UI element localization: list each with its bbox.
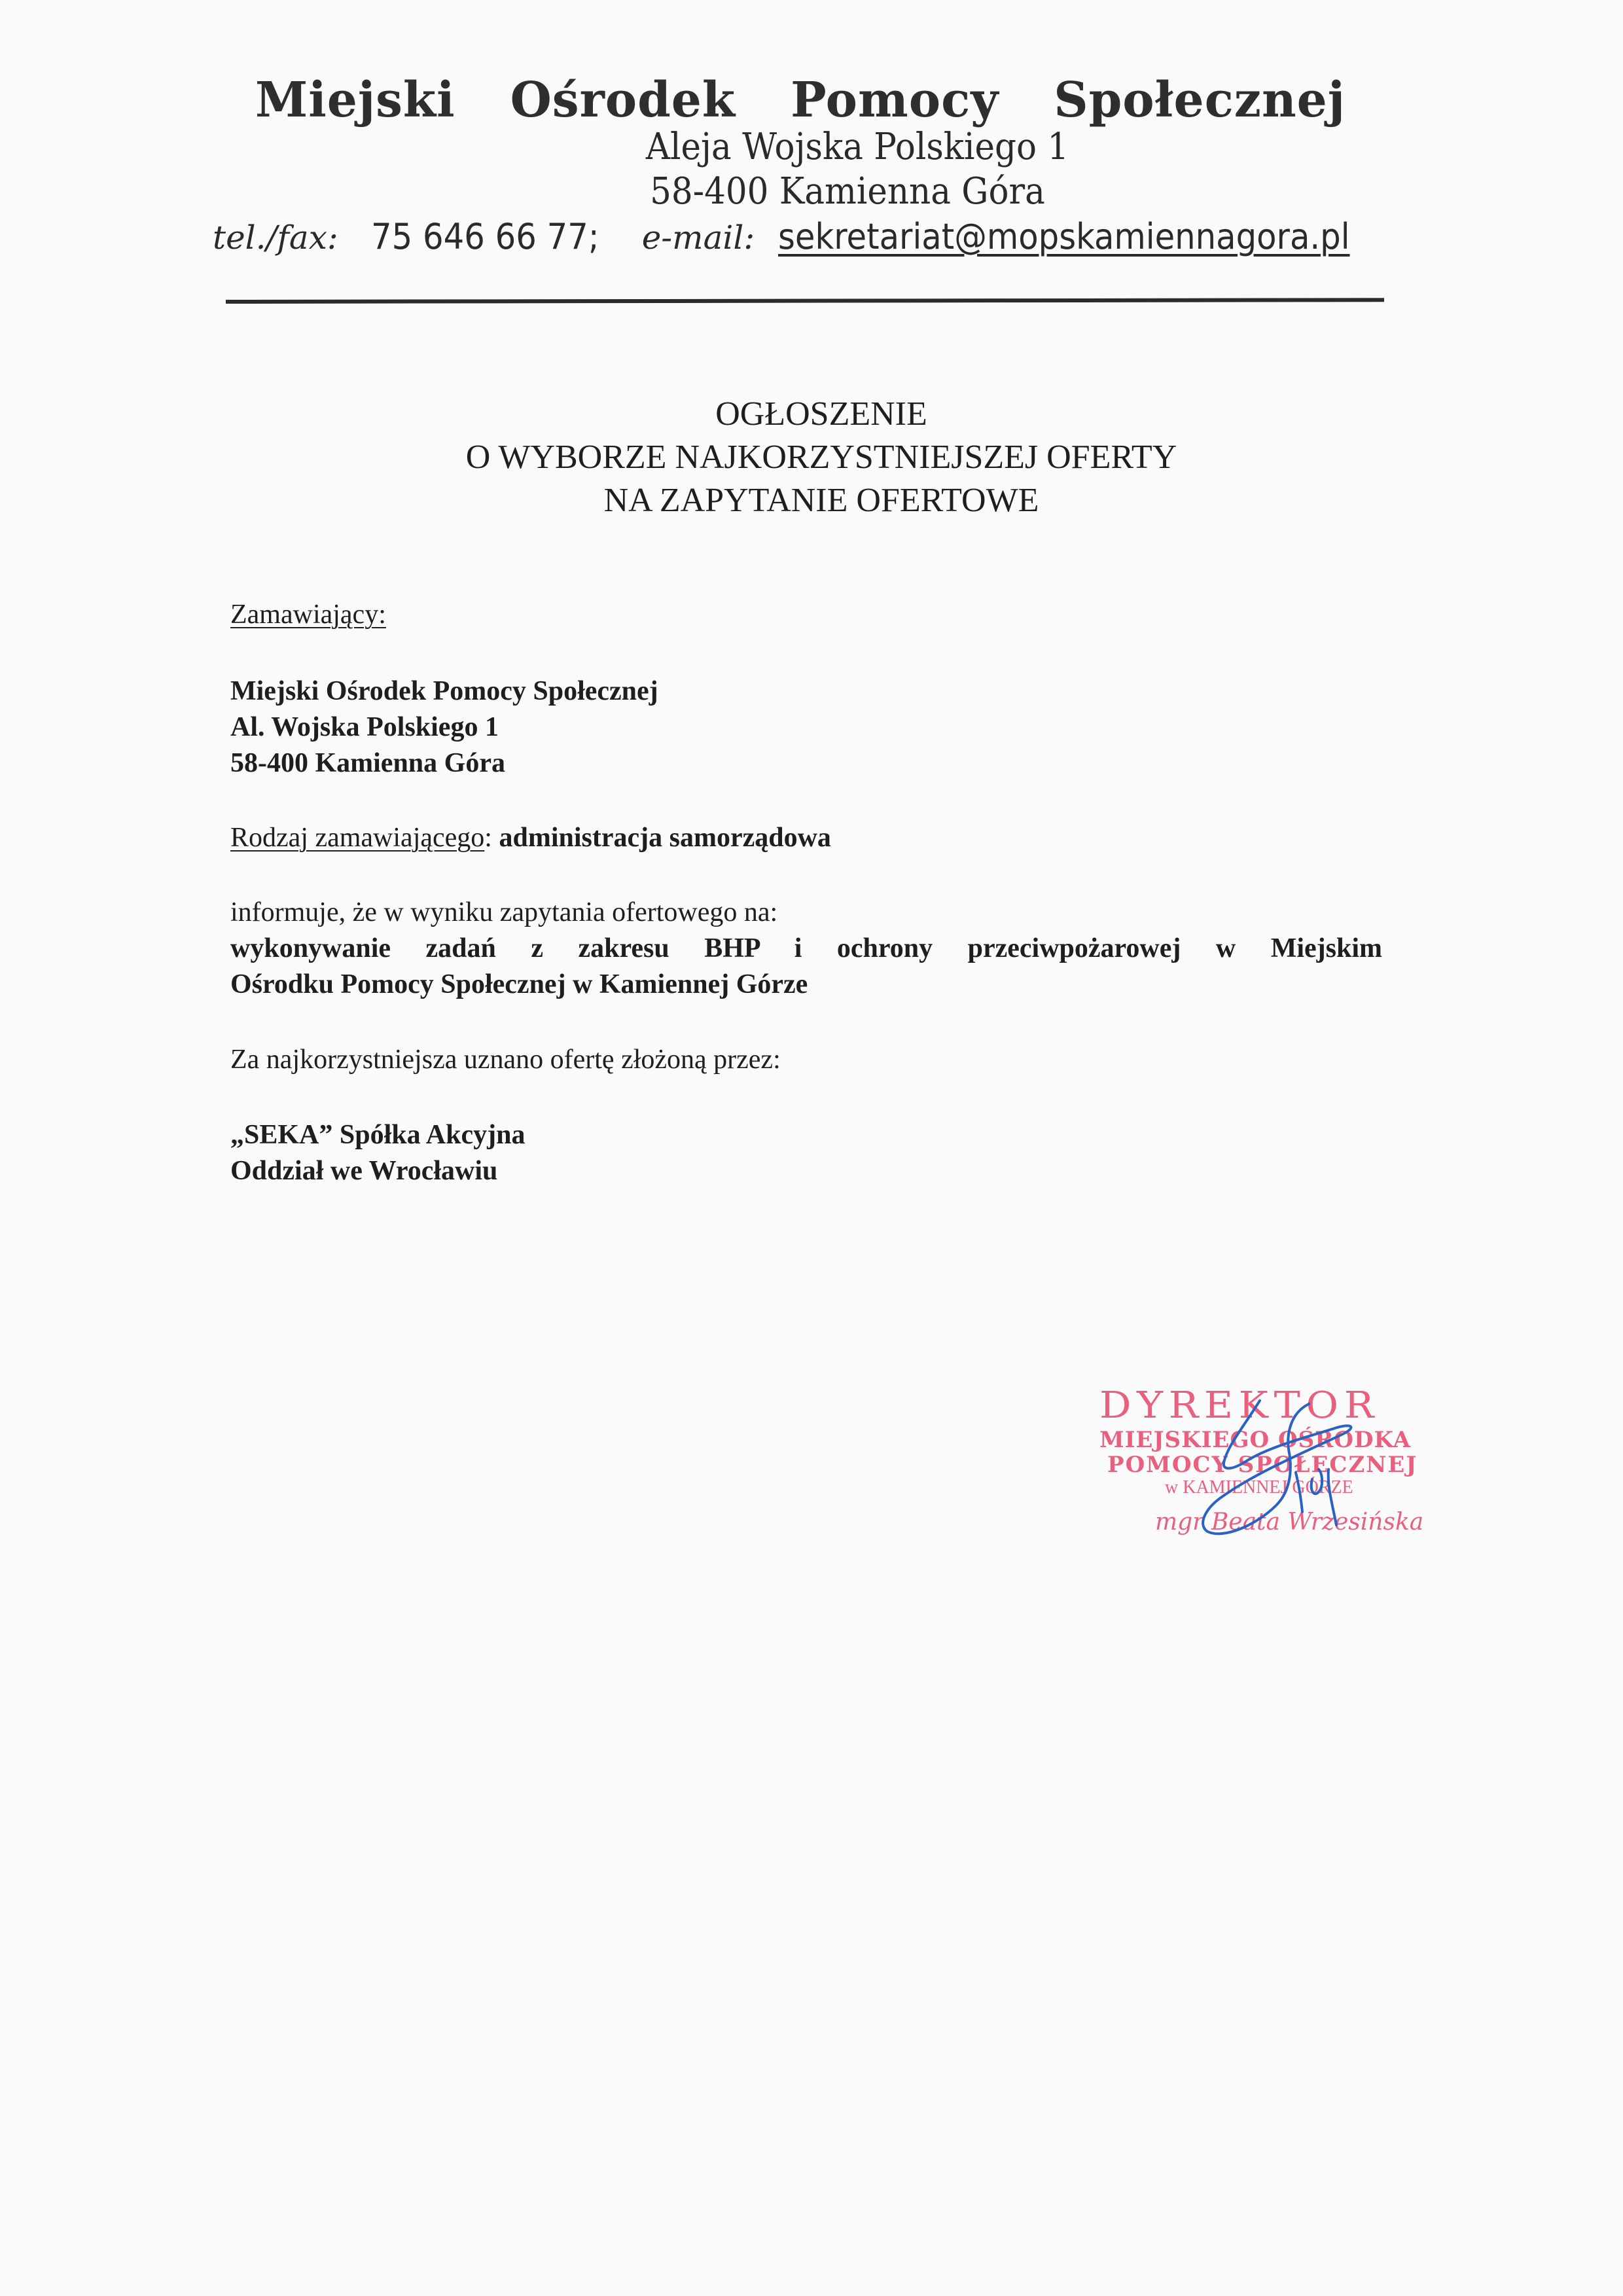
title-line: NA ZAPYTANIE OFERTOWE (20, 479, 1623, 522)
stamp-line: POMOCY SPOŁECZNEJ (1107, 1452, 1418, 1478)
letterhead-word: Ośrodek (510, 72, 736, 128)
type-value: administracja samorządowa (499, 823, 830, 853)
ordering-party-street: Al. Wojska Polskiego 1 (230, 711, 499, 743)
email-link[interactable]: sekretariat@mopskamiennagora.pl (778, 216, 1350, 257)
letterhead-divider (226, 298, 1384, 304)
letterhead-word: Miejski (255, 72, 455, 128)
selected-offer-text: Za najkorzystniejsza uznano ofertę złożo… (230, 1044, 781, 1075)
announcement-title: OGŁOSZENIE O WYBORZE NAJKORZYSTNIEJSZEJ … (0, 393, 1623, 522)
letterhead-contact: tel./fax: 75 646 66 77; e-mail: sekretar… (213, 216, 1400, 275)
document-page: Miejski Ośrodek Pomocy Społecznej Aleja … (0, 0, 1623, 2296)
stamp-signatory: mgr Beata Wrzesińska (1155, 1509, 1423, 1535)
type-label: Rodzaj zamawiającego (230, 823, 484, 853)
stamp-title: DYREKTOR (1099, 1384, 1380, 1427)
type-colon: : (484, 823, 492, 853)
inform-text: informuje, że w wyniku zapytania ofertow… (230, 897, 777, 928)
letterhead-word: Pomocy (791, 72, 999, 128)
ordering-party-name: Miejski Ośrodek Pomocy Społecznej (230, 675, 658, 707)
title-line: O WYBORZE NAJKORZYSTNIEJSZEJ OFERTY (20, 436, 1623, 479)
email-label: e-mail: (642, 219, 755, 257)
letterhead-word: Społecznej (1054, 72, 1346, 128)
stamp-line: MIEJSKIEGO OŚRODKA (1099, 1427, 1411, 1453)
winner-name: „SEKA” Spółka Akcyjna (230, 1119, 525, 1151)
stamp-line: w KAMIENNEJ GÓRZE (1165, 1477, 1353, 1498)
subject-line-2: Ośrodku Pomocy Społecznej w Kamiennej Gó… (230, 969, 808, 1000)
ordering-party-type: Rodzaj zamawiającego: administracja samo… (230, 822, 831, 853)
letterhead-institution-name: Miejski Ośrodek Pomocy Społecznej (255, 72, 1346, 128)
title-line: OGŁOSZENIE (20, 393, 1623, 436)
ordering-party-city: 58-400 Kamienna Góra (230, 747, 505, 779)
letterhead-city: 58-400 Kamienna Góra (101, 170, 1594, 213)
phone-number: 75 646 66 77; (371, 216, 599, 257)
director-stamp: DYREKTOR MIEJSKIEGO OŚRODKA POMOCY SPOŁE… (1093, 1374, 1446, 1545)
letterhead-street: Aleja Wojska Polskiego 1 (111, 126, 1604, 168)
ordering-party-label: Zamawiający: (230, 599, 386, 630)
subject-line-1: wykonywanie zadań z zakresu BHP i ochron… (230, 933, 1382, 964)
phone-label: tel./fax: (213, 219, 338, 257)
winner-branch: Oddział we Wrocławiu (230, 1155, 497, 1187)
